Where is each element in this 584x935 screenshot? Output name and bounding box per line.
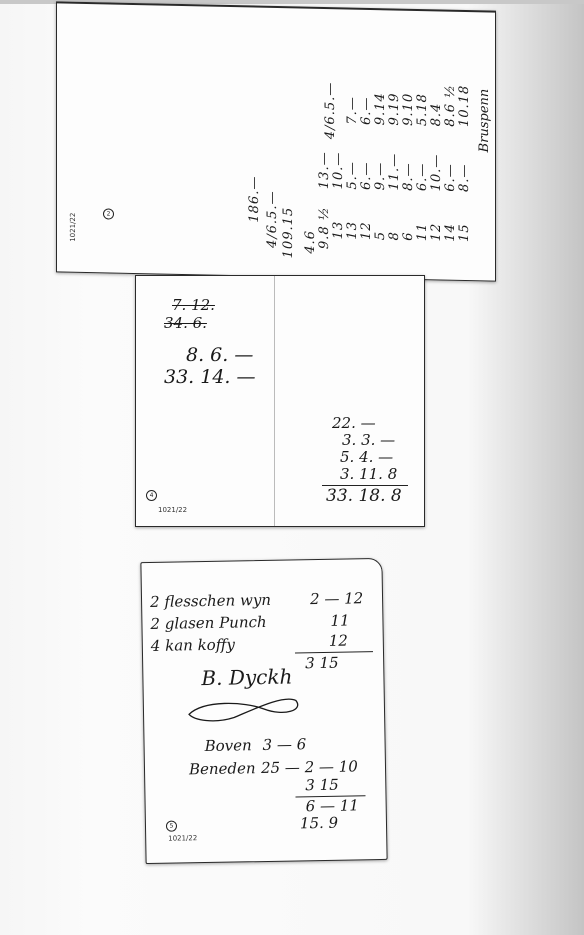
ledger-cell: 7.— xyxy=(345,96,360,125)
ledger-column-2: 8.— 6.— 10.— 6.— 8.— 11.— 9.— 6.— 5.— 10… xyxy=(57,3,495,12)
ledger-cell: 9.19 xyxy=(387,92,402,125)
ledger-cell: 8 xyxy=(387,231,402,241)
item-number-circle: 5 xyxy=(166,821,177,832)
receipt-line-desc: Boven xyxy=(204,736,251,755)
ledger-cell: 9.10 xyxy=(401,93,416,126)
item-number-circle: 2 xyxy=(103,208,114,219)
ledger-cell: 6.— xyxy=(443,163,458,192)
ledger-cell: 5.— xyxy=(345,161,360,190)
ledger-column-1: 10.18 8.6 ½ 8.4 5.18 9.10 9.19 9.14 6.— … xyxy=(57,3,495,12)
ledger-cell: 15 xyxy=(457,223,472,242)
ledger-cell: 11 xyxy=(415,222,430,241)
receipt-final: 15. 9 xyxy=(300,814,338,833)
ledger-cell: 13 xyxy=(331,221,346,240)
receipt-line-amount: 25 — 2 — 10 xyxy=(261,757,358,777)
receipt-subtotal: 3 15 xyxy=(305,654,339,673)
ledger-cell: 6.— xyxy=(359,96,374,125)
receipt-sum: 6 — 11 xyxy=(306,796,359,815)
receipt-item-desc: 2 glasen Punch xyxy=(150,613,266,633)
tally-scrap: 7. 12. 34. 6. 8. 6. — 33. 14. — 22. — 3.… xyxy=(135,275,425,527)
ledger-cell: 10.18 xyxy=(457,85,472,128)
receipt-scrap: 2 flesschen wyn 2 — 12 2 glasen Punch 11… xyxy=(140,558,387,864)
ledger-subtotal: 4/6.5.— xyxy=(323,82,338,140)
ledger-cell: 12 xyxy=(359,221,374,240)
signature-flourish xyxy=(184,690,315,724)
archive-number: 1021/22 xyxy=(69,213,77,242)
ledger-cell: 9.8 ½ xyxy=(317,206,332,249)
tally-line: 3. 11. 8 xyxy=(340,465,397,483)
ledger-cell: 5.18 xyxy=(415,93,430,126)
tally-line: 5. 4. — xyxy=(340,448,393,466)
receipt-item-amount: 12 xyxy=(329,632,348,650)
ledger-cell: 9.14 xyxy=(373,92,388,125)
receipt-line-amount: 3 — 6 xyxy=(262,735,306,754)
ledger-cell: 8.4 xyxy=(429,103,444,127)
ledger-cell: 11.— xyxy=(387,153,402,191)
receipt-item-amount: 2 — 12 xyxy=(310,589,363,608)
ledger-cell: 8.6 ½ xyxy=(443,84,458,127)
ledger-total: 109.15 xyxy=(281,207,296,259)
ledger-cell: 12 xyxy=(429,223,444,242)
ledger-cell: 4.6 xyxy=(303,230,318,254)
receipt-item-desc: 2 flesschen wyn xyxy=(150,591,271,611)
archive-number: 1021/22 xyxy=(158,506,187,514)
ledger-grand-total: 186.— xyxy=(247,175,262,222)
ledger-cell: 6.— xyxy=(415,163,430,192)
fold-line xyxy=(274,276,275,526)
ledger-total: 4/6.5.— xyxy=(265,190,280,248)
signature: B. Dyckh xyxy=(201,665,292,691)
tally-line: 8. 6. — xyxy=(186,344,253,366)
item-number-circle: 4 xyxy=(146,490,157,501)
ledger-column-3: 15 14 12 11 6 8 5 12 13 13 9.8 ½ 4.6 xyxy=(57,3,495,12)
ledger-cell: 9.— xyxy=(373,162,388,191)
archive-number: 1021/22 xyxy=(168,834,197,843)
ledger-cell: 13 xyxy=(345,221,360,240)
ledger-cell: 10.— xyxy=(429,154,444,192)
struck-line: 34. 6. xyxy=(164,314,207,332)
ledger-cell: 5 xyxy=(373,231,388,241)
tally-line: 3. 3. — xyxy=(342,431,395,449)
receipt-line-desc: Beneden xyxy=(189,759,256,778)
ledger-scrap-rotated: Bruspenn 10.18 8.6 ½ 8.4 5.18 9.10 9.19 … xyxy=(56,1,496,281)
receipt-item-desc: 4 kan koffy xyxy=(151,636,235,655)
tally-line: 33. 14. — xyxy=(164,366,256,388)
ledger-cell: 10.— xyxy=(331,151,346,189)
receipt-item-amount: 11 xyxy=(330,611,349,629)
ledger-cell: 14 xyxy=(443,223,458,242)
ledger-cell: 6 xyxy=(401,231,416,241)
ledger-cell: 8.— xyxy=(401,162,416,191)
struck-line: 7. 12. xyxy=(172,296,215,314)
receipt-line-amount: 3 15 xyxy=(305,776,339,795)
ledger-cell: 13.— xyxy=(317,151,332,189)
ledger-cell: 8.— xyxy=(457,163,472,192)
tally-line: 22. — xyxy=(332,414,376,432)
ledger-heading: Bruspenn xyxy=(477,89,492,153)
ledger-cell: 6.— xyxy=(359,161,374,190)
tally-total: 33. 18. 8 xyxy=(326,486,402,506)
